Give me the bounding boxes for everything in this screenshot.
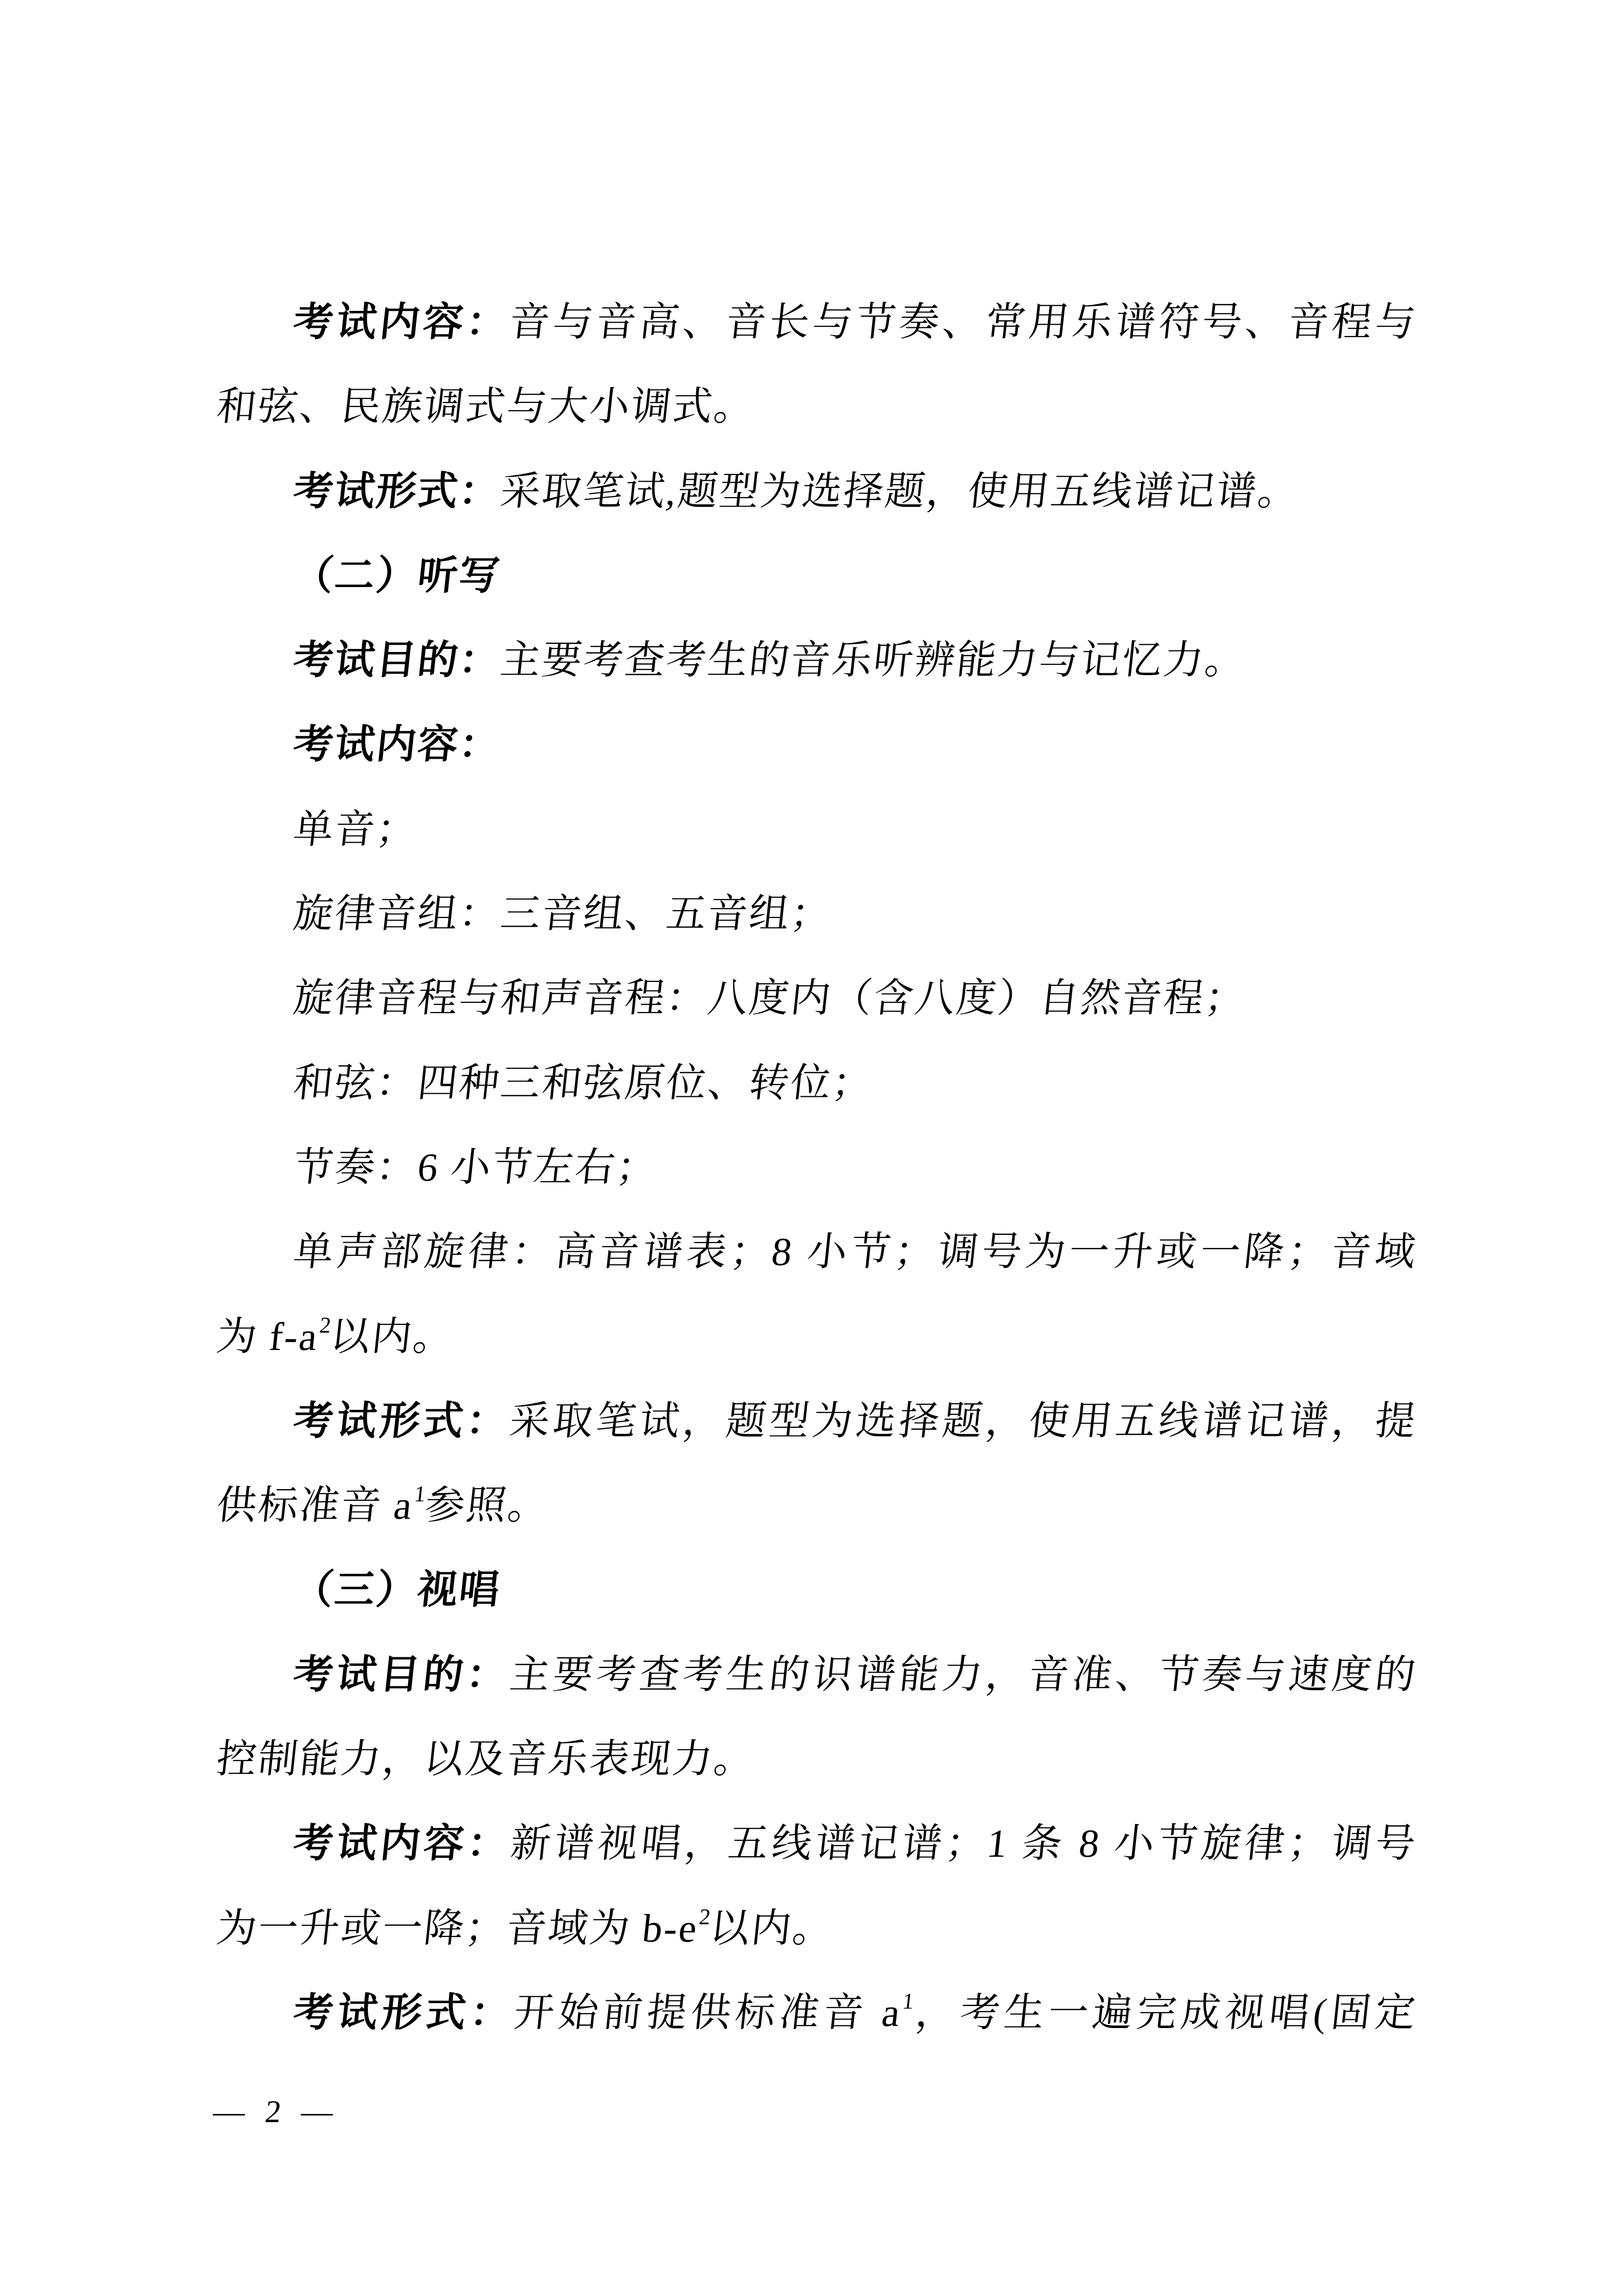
body-text: 旋律音组：三音组、五音组； <box>291 891 834 936</box>
section-heading-label: （二）听写 <box>291 553 503 598</box>
item-melodic-harmonic-intervals: 旋律音程与和声音程：八度内（含八度）自然音程； <box>212 956 1421 1040</box>
body-text: 采取笔试,题型为选择题，使用五线谱记谱。 <box>498 469 1302 513</box>
para-exam-form-dictation: 考试形式：采取笔试，题型为选择题，使用五线谱记谱，提 <box>212 1379 1421 1463</box>
document-body: 考试内容：音与音高、音长与节奏、常用乐谱符号、音程与 和弦、民族调式与大小调式。… <box>212 280 1412 2055</box>
para-exam-content-sight-singing: 考试内容：新谱视唱，五线谱记谱；1 条 8 小节旋律；调号 <box>212 1801 1421 1885</box>
exam-form-label: 考试形式： <box>291 1398 512 1443</box>
para-exam-content-music-theory-cont: 和弦、民族调式与大小调式。 <box>212 364 1421 448</box>
body-text: 主要考查考生的音乐听辨能力与记忆力。 <box>498 638 1249 682</box>
exam-purpose-label: 考试目的： <box>291 1652 512 1697</box>
body-text: 以内。 <box>707 1906 836 1950</box>
body-text: 开始前提供标准音 a <box>512 1990 904 2035</box>
exam-purpose-label: 考试目的： <box>291 637 503 682</box>
body-text: 控制能力，以及音乐表现力。 <box>214 1737 758 1781</box>
heading-section-two-dictation: （二）听写 <box>212 533 1421 618</box>
exam-content-label: 考试内容： <box>291 299 512 344</box>
para-exam-purpose-sight-singing: 考试目的：主要考查考生的识谱能力，音准、节奏与速度的 <box>212 1632 1421 1717</box>
item-melodic-note-group: 旋律音组：三音组、五音组； <box>212 871 1421 956</box>
body-text: 主要考查考生的识谱能力，音准、节奏与速度的 <box>507 1652 1419 1697</box>
body-text: 和弦：四种三和弦原位、转位； <box>291 1061 876 1105</box>
body-text: 为 f-a <box>214 1314 321 1359</box>
para-exam-form-sight-singing: 考试形式：开始前提供标准音 a1，考生一遍完成视唱(固定 <box>212 1970 1421 2055</box>
item-single-voice-melody-cont: 为 f-a2以内。 <box>212 1294 1421 1379</box>
item-single-note: 单音； <box>212 787 1421 871</box>
item-rhythm: 节奏：6 小节左右； <box>212 1125 1421 1209</box>
body-text: 为一升或一降；音域为 b-e <box>214 1906 700 1950</box>
body-text: 参照。 <box>422 1483 551 1527</box>
heading-section-three-sight-singing: （三）视唱 <box>212 1547 1421 1632</box>
item-single-voice-melody: 单声部旋律：高音谱表；8 小节；调号为一升或一降；音域 <box>212 1209 1421 1294</box>
body-text: 音与音高、音长与节奏、常用乐谱符号、音程与 <box>507 300 1419 344</box>
body-text: 采取笔试，题型为选择题，使用五线谱记谱，提 <box>507 1399 1419 1443</box>
body-text: ，考生一遍完成视唱(固定 <box>911 1990 1419 2035</box>
body-text: 单音； <box>291 807 420 851</box>
exam-content-label: 考试内容： <box>291 722 503 767</box>
exam-form-label: 考试形式： <box>291 468 503 513</box>
exam-content-label: 考试内容： <box>291 1820 513 1865</box>
para-exam-purpose-dictation: 考试目的：主要考查考生的音乐听辨能力与记忆力。 <box>212 618 1421 702</box>
body-text: 以内。 <box>328 1314 457 1359</box>
body-text: 和弦、民族调式与大小调式。 <box>214 384 758 429</box>
exam-form-label: 考试形式： <box>291 1990 517 2035</box>
para-exam-form-dictation-cont: 供标准音 a1参照。 <box>212 1463 1421 1547</box>
para-exam-content-sight-singing-cont: 为一升或一降；音域为 b-e2以内。 <box>212 1886 1421 1970</box>
body-text: 单声部旋律：高音谱表；8 小节；调号为一升或一降；音域 <box>291 1229 1419 1274</box>
document-page: 考试内容：音与音高、音长与节奏、常用乐谱符号、音程与 和弦、民族调式与大小调式。… <box>0 0 1624 2296</box>
item-chords: 和弦：四种三和弦原位、转位； <box>212 1041 1421 1125</box>
para-exam-content-dictation: 考试内容： <box>212 702 1421 786</box>
body-text: 新谱视唱，五线谱记谱；1 条 8 小节旋律；调号 <box>508 1821 1419 1865</box>
body-text: 节奏：6 小节左右； <box>291 1145 660 1189</box>
para-exam-purpose-sight-singing-cont: 控制能力，以及音乐表现力。 <box>212 1717 1421 1801</box>
page-number: — 2 — <box>211 2091 341 2132</box>
body-text: 旋律音程与和声音程：八度内（含八度）自然音程； <box>291 976 1249 1020</box>
para-exam-form-music-theory: 考试形式：采取笔试,题型为选择题，使用五线谱记谱。 <box>212 449 1421 533</box>
para-exam-content-music-theory: 考试内容：音与音高、音长与节奏、常用乐谱符号、音程与 <box>212 280 1421 364</box>
section-heading-label: （三）视唱 <box>291 1567 503 1612</box>
body-text: 供标准音 a <box>214 1483 415 1527</box>
